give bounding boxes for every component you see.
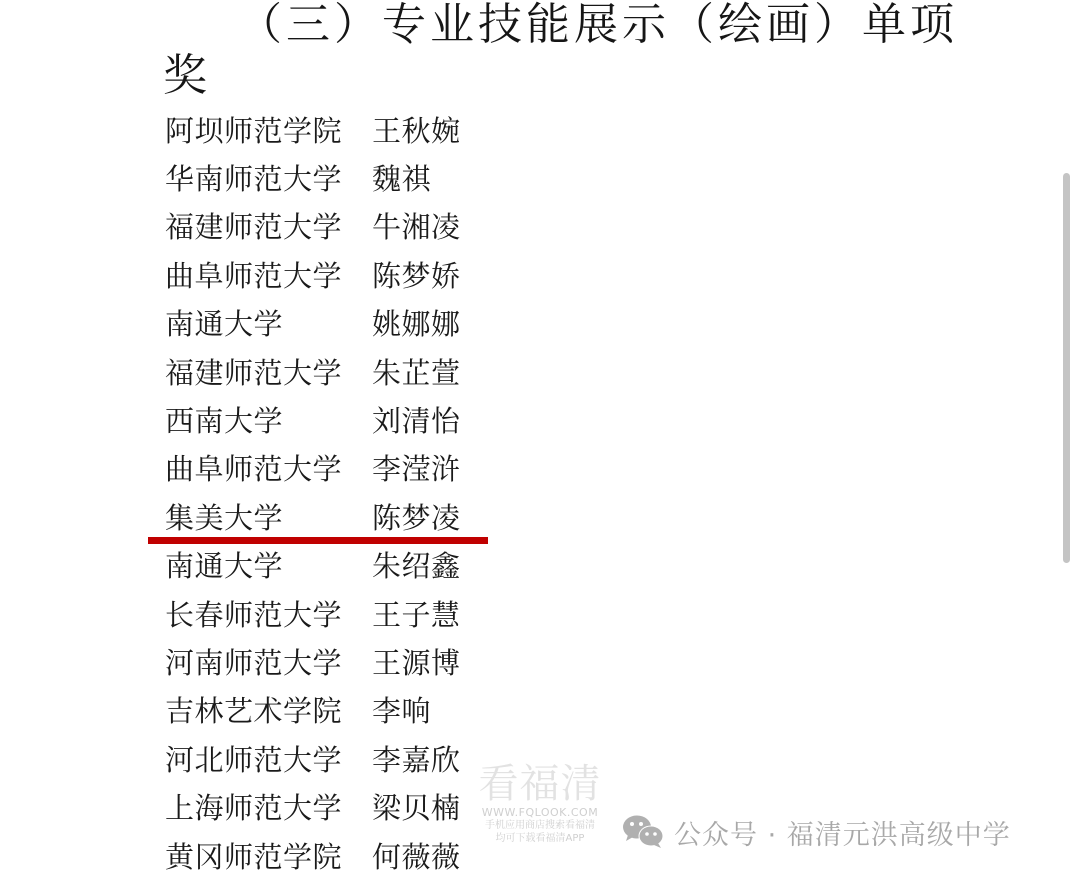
list-item: 长春师范大学 王子慧 <box>165 589 485 637</box>
watermark-url: WWW.FQLOOK.COM <box>470 806 610 819</box>
list-item: 西南大学 刘清怡 <box>165 395 485 443</box>
school-name: 曲阜师范大学 <box>165 254 372 295</box>
school-name: 吉林艺术学院 <box>165 689 372 730</box>
highlight-underline <box>148 537 488 544</box>
winner-name: 李滢浒 <box>372 447 461 488</box>
school-name: 南通大学 <box>165 302 372 343</box>
winner-name: 朱绍鑫 <box>372 544 461 585</box>
school-name: 黄冈师范学院 <box>165 835 372 876</box>
school-name: 曲阜师范大学 <box>165 447 372 488</box>
list-item: 南通大学 姚娜娜 <box>165 299 485 347</box>
winner-name: 何薇薇 <box>372 835 461 876</box>
watermark: 看福清 WWW.FQLOOK.COM 手机应用商店搜索看福清 均可下载看福清AP… <box>470 762 610 845</box>
section-title-continued: 奖 <box>163 50 207 102</box>
list-item: 河北师范大学 李嘉欣 <box>165 734 485 782</box>
wechat-account-label: 公众号 · 福清元洪高级中学 <box>674 813 1011 852</box>
list-item: 华南师范大学 魏祺 <box>165 153 485 201</box>
list-item: 河南师范大学 王源博 <box>165 637 485 685</box>
school-name: 上海师范大学 <box>165 786 372 827</box>
winner-name: 刘清怡 <box>372 399 461 440</box>
school-name: 西南大学 <box>165 399 372 440</box>
list-item: 南通大学 朱绍鑫 <box>165 541 485 589</box>
list-item: 福建师范大学 朱芷萱 <box>165 347 485 395</box>
school-name: 长春师范大学 <box>165 593 372 634</box>
list-item: 黄冈师范学院 何薇薇 <box>165 831 485 876</box>
school-name: 集美大学 <box>165 496 372 537</box>
wechat-icon <box>622 814 666 850</box>
list-item: 上海师范大学 梁贝楠 <box>165 782 485 830</box>
school-name: 南通大学 <box>165 544 372 585</box>
list-item: 吉林艺术学院 李响 <box>165 686 485 734</box>
school-name: 福建师范大学 <box>165 351 372 392</box>
watermark-line1: 手机应用商店搜索看福清 <box>470 819 610 832</box>
winner-name: 牛湘凌 <box>372 205 461 246</box>
winner-name: 王源博 <box>372 641 461 682</box>
school-name: 河北师范大学 <box>165 738 372 779</box>
list-item-highlighted: 集美大学 陈梦凌 <box>165 492 485 540</box>
wechat-account-footer: 公众号 · 福清元洪高级中学 <box>622 812 1011 852</box>
winner-name: 朱芷萱 <box>372 351 461 392</box>
watermark-line2: 均可下载看福清APP <box>470 832 610 845</box>
winners-list: 阿坝师范学院 王秋婉 华南师范大学 魏祺 福建师范大学 牛湘凌 曲阜师范大学 陈… <box>165 105 485 876</box>
list-item: 曲阜师范大学 李滢浒 <box>165 444 485 492</box>
school-name: 福建师范大学 <box>165 205 372 246</box>
winner-name: 王秋婉 <box>372 109 461 150</box>
vertical-scrollbar[interactable] <box>1063 173 1070 563</box>
winner-name: 梁贝楠 <box>372 786 461 827</box>
school-name: 华南师范大学 <box>165 157 372 198</box>
list-item: 曲阜师范大学 陈梦娇 <box>165 250 485 298</box>
winner-name: 魏祺 <box>372 157 431 198</box>
list-item: 阿坝师范学院 王秋婉 <box>165 105 485 153</box>
school-name: 阿坝师范学院 <box>165 109 372 150</box>
list-item: 福建师范大学 牛湘凌 <box>165 202 485 250</box>
winner-name: 李嘉欣 <box>372 738 461 779</box>
section-title: （三）专业技能展示（绘画）单项 <box>238 0 958 50</box>
winner-name: 王子慧 <box>372 593 461 634</box>
winner-name: 陈梦娇 <box>372 254 461 295</box>
winner-name: 姚娜娜 <box>372 302 461 343</box>
winner-name: 李响 <box>372 689 431 730</box>
winner-name: 陈梦凌 <box>372 496 461 537</box>
watermark-brand: 看福清 <box>470 762 610 806</box>
school-name: 河南师范大学 <box>165 641 372 682</box>
